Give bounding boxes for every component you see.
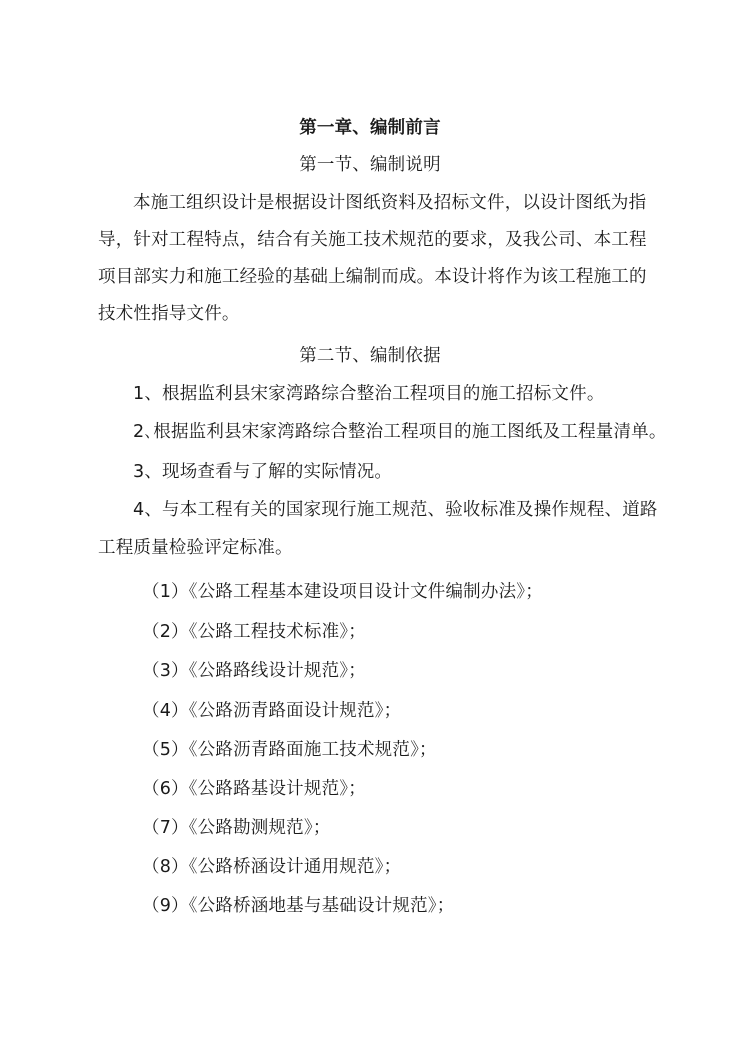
section-title-2: 第二节、编制依据 — [0, 344, 740, 368]
reference-item: （2）《公路工程技术标准》； — [142, 620, 366, 644]
paragraph-line: 项目部实力和施工经验的基础上编制而成。本设计将作为该工程施工的 — [98, 265, 647, 289]
paragraph-line: 技术性指导文件。 — [98, 302, 240, 326]
paragraph-line: 导，针对工程特点，结合有关施工技术规范的要求，及我公司、本工程 — [98, 228, 647, 252]
reference-item: （5）《公路沥青路面施工技术规范》； — [142, 738, 437, 762]
document-page: 第一章、编制前言 第一节、编制说明 本施工组织设计是根据设计图纸资料及招标文件，… — [0, 0, 740, 1048]
basis-item-continuation: 工程质量检验评定标准。 — [98, 536, 293, 560]
basis-item: 4、与本工程有关的国家现行施工规范、验收标准及操作规程、道路 — [133, 498, 658, 522]
reference-item: （7）《公路勘测规范》； — [142, 816, 331, 840]
paragraph-line: 本施工组织设计是根据设计图纸资料及招标文件，以设计图纸为指 — [133, 191, 646, 215]
basis-item: 3、现场查看与了解的实际情况。 — [133, 460, 392, 484]
reference-item: （1）《公路工程基本建设项目设计文件编制办法》； — [142, 580, 543, 604]
section-title-1: 第一节、编制说明 — [0, 153, 740, 177]
basis-item: 1、根据监利县宋家湾路综合整治工程项目的施工招标文件。 — [133, 382, 605, 406]
reference-item: （3）《公路路线设计规范》； — [142, 659, 366, 683]
reference-item: （6）《公路路基设计规范》； — [142, 777, 366, 801]
reference-item: （4）《公路沥青路面设计规范》； — [142, 699, 401, 723]
reference-item: （8）《公路桥涵设计通用规范》； — [142, 855, 401, 879]
chapter-title: 第一章、编制前言 — [0, 116, 740, 140]
reference-item: （9）《公路桥涵地基与基础设计规范》； — [142, 894, 454, 918]
basis-item: 2､根据监利县宋家湾路综合整治工程项目的施工图纸及工程量清单。 — [133, 420, 667, 444]
